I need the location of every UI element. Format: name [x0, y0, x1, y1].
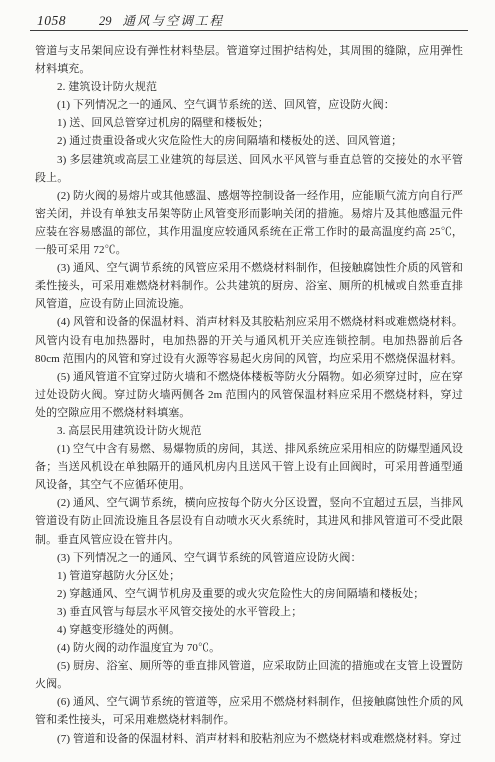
paragraph: 1) 送、回风总管穿过机房的隔壁和楼板处；: [35, 114, 463, 132]
paragraph: (4) 防火阀的动作温度宜为 70℃。: [35, 639, 463, 657]
paragraph: 3) 多层建筑或高层工业建筑的每层送、回风水平风管与垂直总管的交接处的水平管段上…: [35, 151, 463, 187]
paragraph: (5) 厨房、浴室、厕所等的垂直排风管道，应采取防止回流的措施或在支管上设置防火…: [35, 657, 463, 693]
page-body-text: 管道与支吊架间应设有弹性材料垫层。管道穿过围护结构处，其周围的缝隙，应用弹性材料…: [35, 42, 463, 748]
paragraph: (2) 防火阀的易熔片或其他感温、感烟等控制设备一经作用，应能顺气流方向自行严密…: [35, 187, 463, 259]
paragraph: 1) 管道穿越防火分区处；: [35, 567, 463, 585]
paragraph: (5) 通风管道不宜穿过防火墙和不燃烧体楼板等防火分隔物。如必须穿过时，应在穿过…: [35, 368, 463, 422]
paragraph: (1) 下列情况之一的通风、空气调节系统的送、回风管，应设防火阀：: [35, 96, 463, 114]
paragraph: (7) 管道和设备的保温材料、消声材料和胶粘剂应为不燃烧材料或难燃烧材料。穿过: [35, 730, 463, 748]
paragraph: 2. 建筑设计防火规范: [35, 78, 463, 96]
chapter-number: 29: [99, 14, 112, 28]
paragraph: 3. 高层民用建筑设计防火规范: [35, 422, 463, 440]
paragraph: (3) 通风、空气调节系统的风管应采用不燃烧材料制作，但接触腐蚀性介质的风管和柔…: [35, 259, 463, 313]
paragraph: (2) 通风、空气调节系统，横向应按每个防火分区设置，竖向不宜超过五层，当排风管…: [35, 494, 463, 548]
paragraph: 管道与支吊架间应设有弹性材料垫层。管道穿过围护结构处，其周围的缝隙，应用弹性材料…: [35, 42, 463, 78]
paragraph: (3) 下列情况之一的通风、空气调节系统的风管道应设防火阀：: [35, 549, 463, 567]
paragraph: 3) 垂直风管与每层水平风管交接处的水平管段上；: [35, 603, 463, 621]
page-header: 105829通风与空调工程: [37, 11, 467, 30]
header-rule: [30, 30, 468, 31]
paragraph: (6) 通风、空气调节系统的管道等，应采用不燃烧材料制作，但接触腐蚀性介质的风管…: [35, 693, 463, 729]
book-page: 105829通风与空调工程 管道与支吊架间应设有弹性材料垫层。管道穿过围护结构处…: [0, 0, 495, 762]
paragraph: (1) 空气中含有易燃、易爆物质的房间，其送、排风系统应采用相应的防爆型通风设备…: [35, 440, 463, 494]
paragraph: 2) 穿越通风、空气调节机房及重要的或火灾危险性大的房间隔墙和楼板处；: [35, 585, 463, 603]
page-number: 1058: [37, 13, 66, 28]
paragraph: 2) 通过贵重设备或火灾危险性大的房间隔墙和楼板处的送、回风管道；: [35, 132, 463, 150]
paragraph: 4) 穿越变形缝处的两侧。: [35, 621, 463, 639]
paragraph: (4) 风管和设备的保温材料、消声材料及其胶粘剂应采用不燃烧材料或难燃烧材料。风…: [35, 313, 463, 367]
chapter-title: 通风与空调工程: [123, 14, 225, 28]
